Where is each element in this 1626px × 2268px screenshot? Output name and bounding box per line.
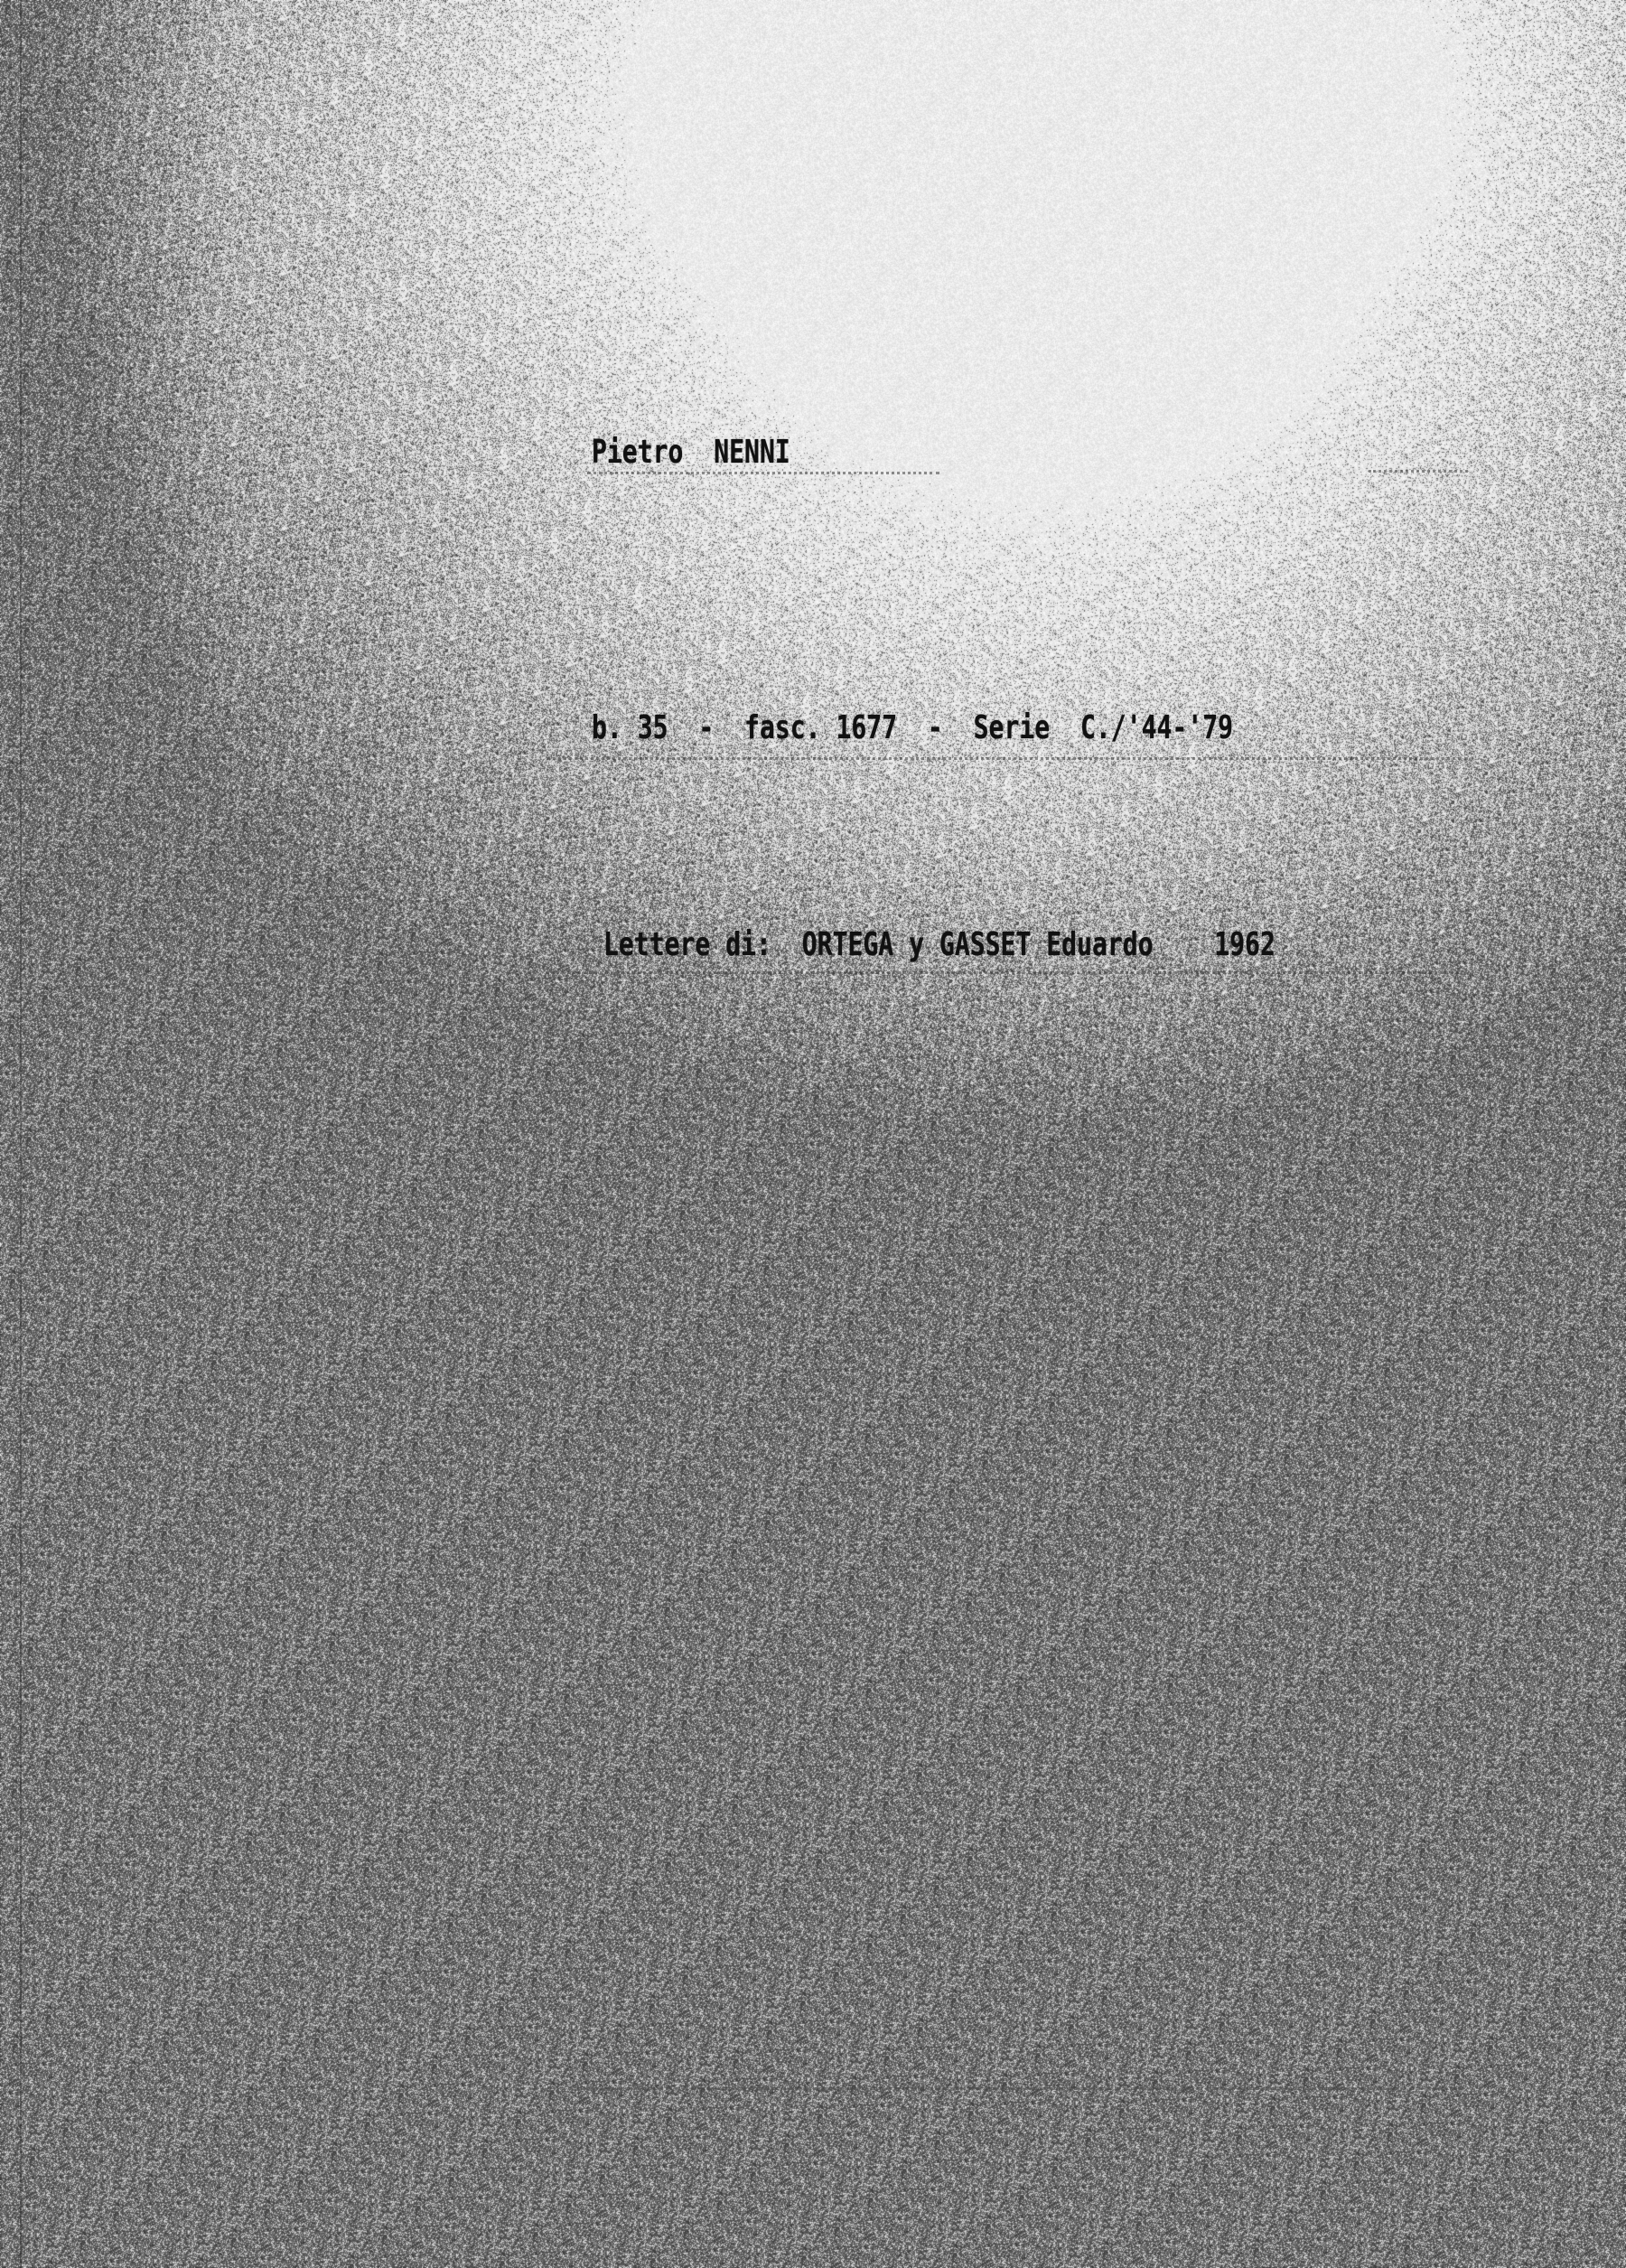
document-page: Pietro NENNI b. 35 - fasc. 1677 - Serie … bbox=[0, 0, 1626, 2268]
reference-underline bbox=[547, 757, 1468, 760]
empty-ruled-line bbox=[560, 2087, 1463, 2090]
author-underline bbox=[587, 472, 939, 474]
author-underline-tail bbox=[1369, 470, 1468, 473]
page-edge-line bbox=[20, 0, 22, 2268]
author-name: Pietro NENNI bbox=[592, 434, 790, 471]
letters-from: Lettere di: ORTEGA y GASSET Eduardo 1962 bbox=[603, 926, 1276, 963]
letters-underline bbox=[547, 971, 1459, 974]
archive-reference: b. 35 - fasc. 1677 - Serie C./'44-'79 bbox=[592, 709, 1233, 746]
